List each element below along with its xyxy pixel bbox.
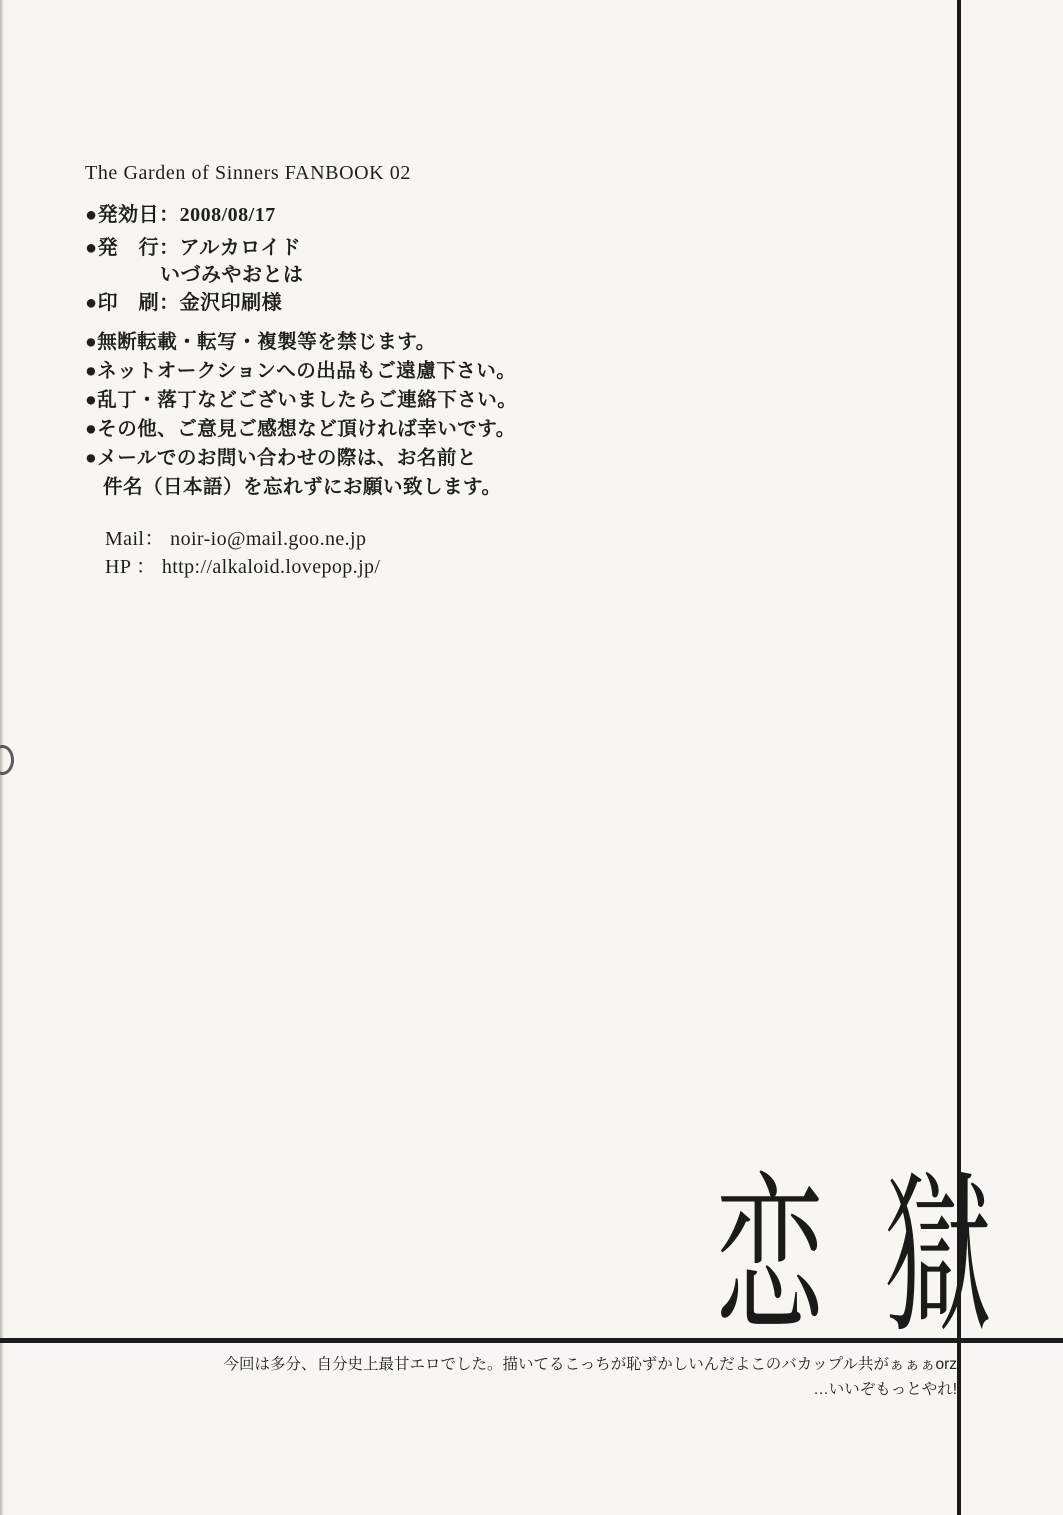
- notice-misprint-contact: ●乱丁・落丁などございましたらご連絡下さい。: [85, 389, 517, 413]
- contact-mail: Mail： noir-io@mail.goo.ne.jp: [105, 527, 366, 551]
- notice-mail-inquiry-1: ●メールでのお問い合わせの際は、お名前と: [85, 447, 477, 471]
- book-title: The Garden of Sinners FANBOOK 02: [85, 161, 411, 185]
- horizontal-rule: [0, 1338, 1063, 1343]
- vertical-rule: [957, 0, 961, 1515]
- afterword-line-1: 今回は多分、自分史上最甘エロでした。描いてるこっちが恥ずかしいんだよこのバカップ…: [224, 1352, 957, 1377]
- notice-no-reproduction: ●無断転載・転写・複製等を禁じます。: [85, 331, 436, 355]
- afterword-note: 今回は多分、自分史上最甘エロでした。描いてるこっちが恥ずかしいんだよこのバカップ…: [224, 1352, 957, 1402]
- contact-homepage: HP ： http://alkaloid.lovepop.jp/: [105, 555, 380, 579]
- notice-feedback-welcome: ●その他、ご意見ご感想など頂ければ幸いです。: [85, 418, 516, 442]
- colophon-publisher: ●発 行：アルカロイド: [85, 236, 301, 260]
- colophon-issue-date: ●発効日：2008/08/17: [85, 203, 276, 227]
- scan-edge-artifact: [0, 745, 14, 775]
- colophon-printer: ●印 刷：金沢印刷様: [85, 291, 282, 315]
- colophon-author: いづみやおとは: [160, 263, 304, 287]
- afterword-line-2: …いいぞもっとやれ!: [224, 1377, 957, 1402]
- notice-mail-inquiry-2: 件名（日本語）を忘れずにお願い致します。: [103, 476, 501, 500]
- koigoku-logo-container: 恋獄: [0, 1172, 957, 1340]
- notice-no-auction: ●ネットオークションへの出品もご遠慮下さい。: [85, 360, 516, 384]
- koigoku-logo: 恋獄: [716, 1178, 1052, 1340]
- colophon-page: The Garden of Sinners FANBOOK 02 ●発効日：20…: [0, 0, 1063, 1515]
